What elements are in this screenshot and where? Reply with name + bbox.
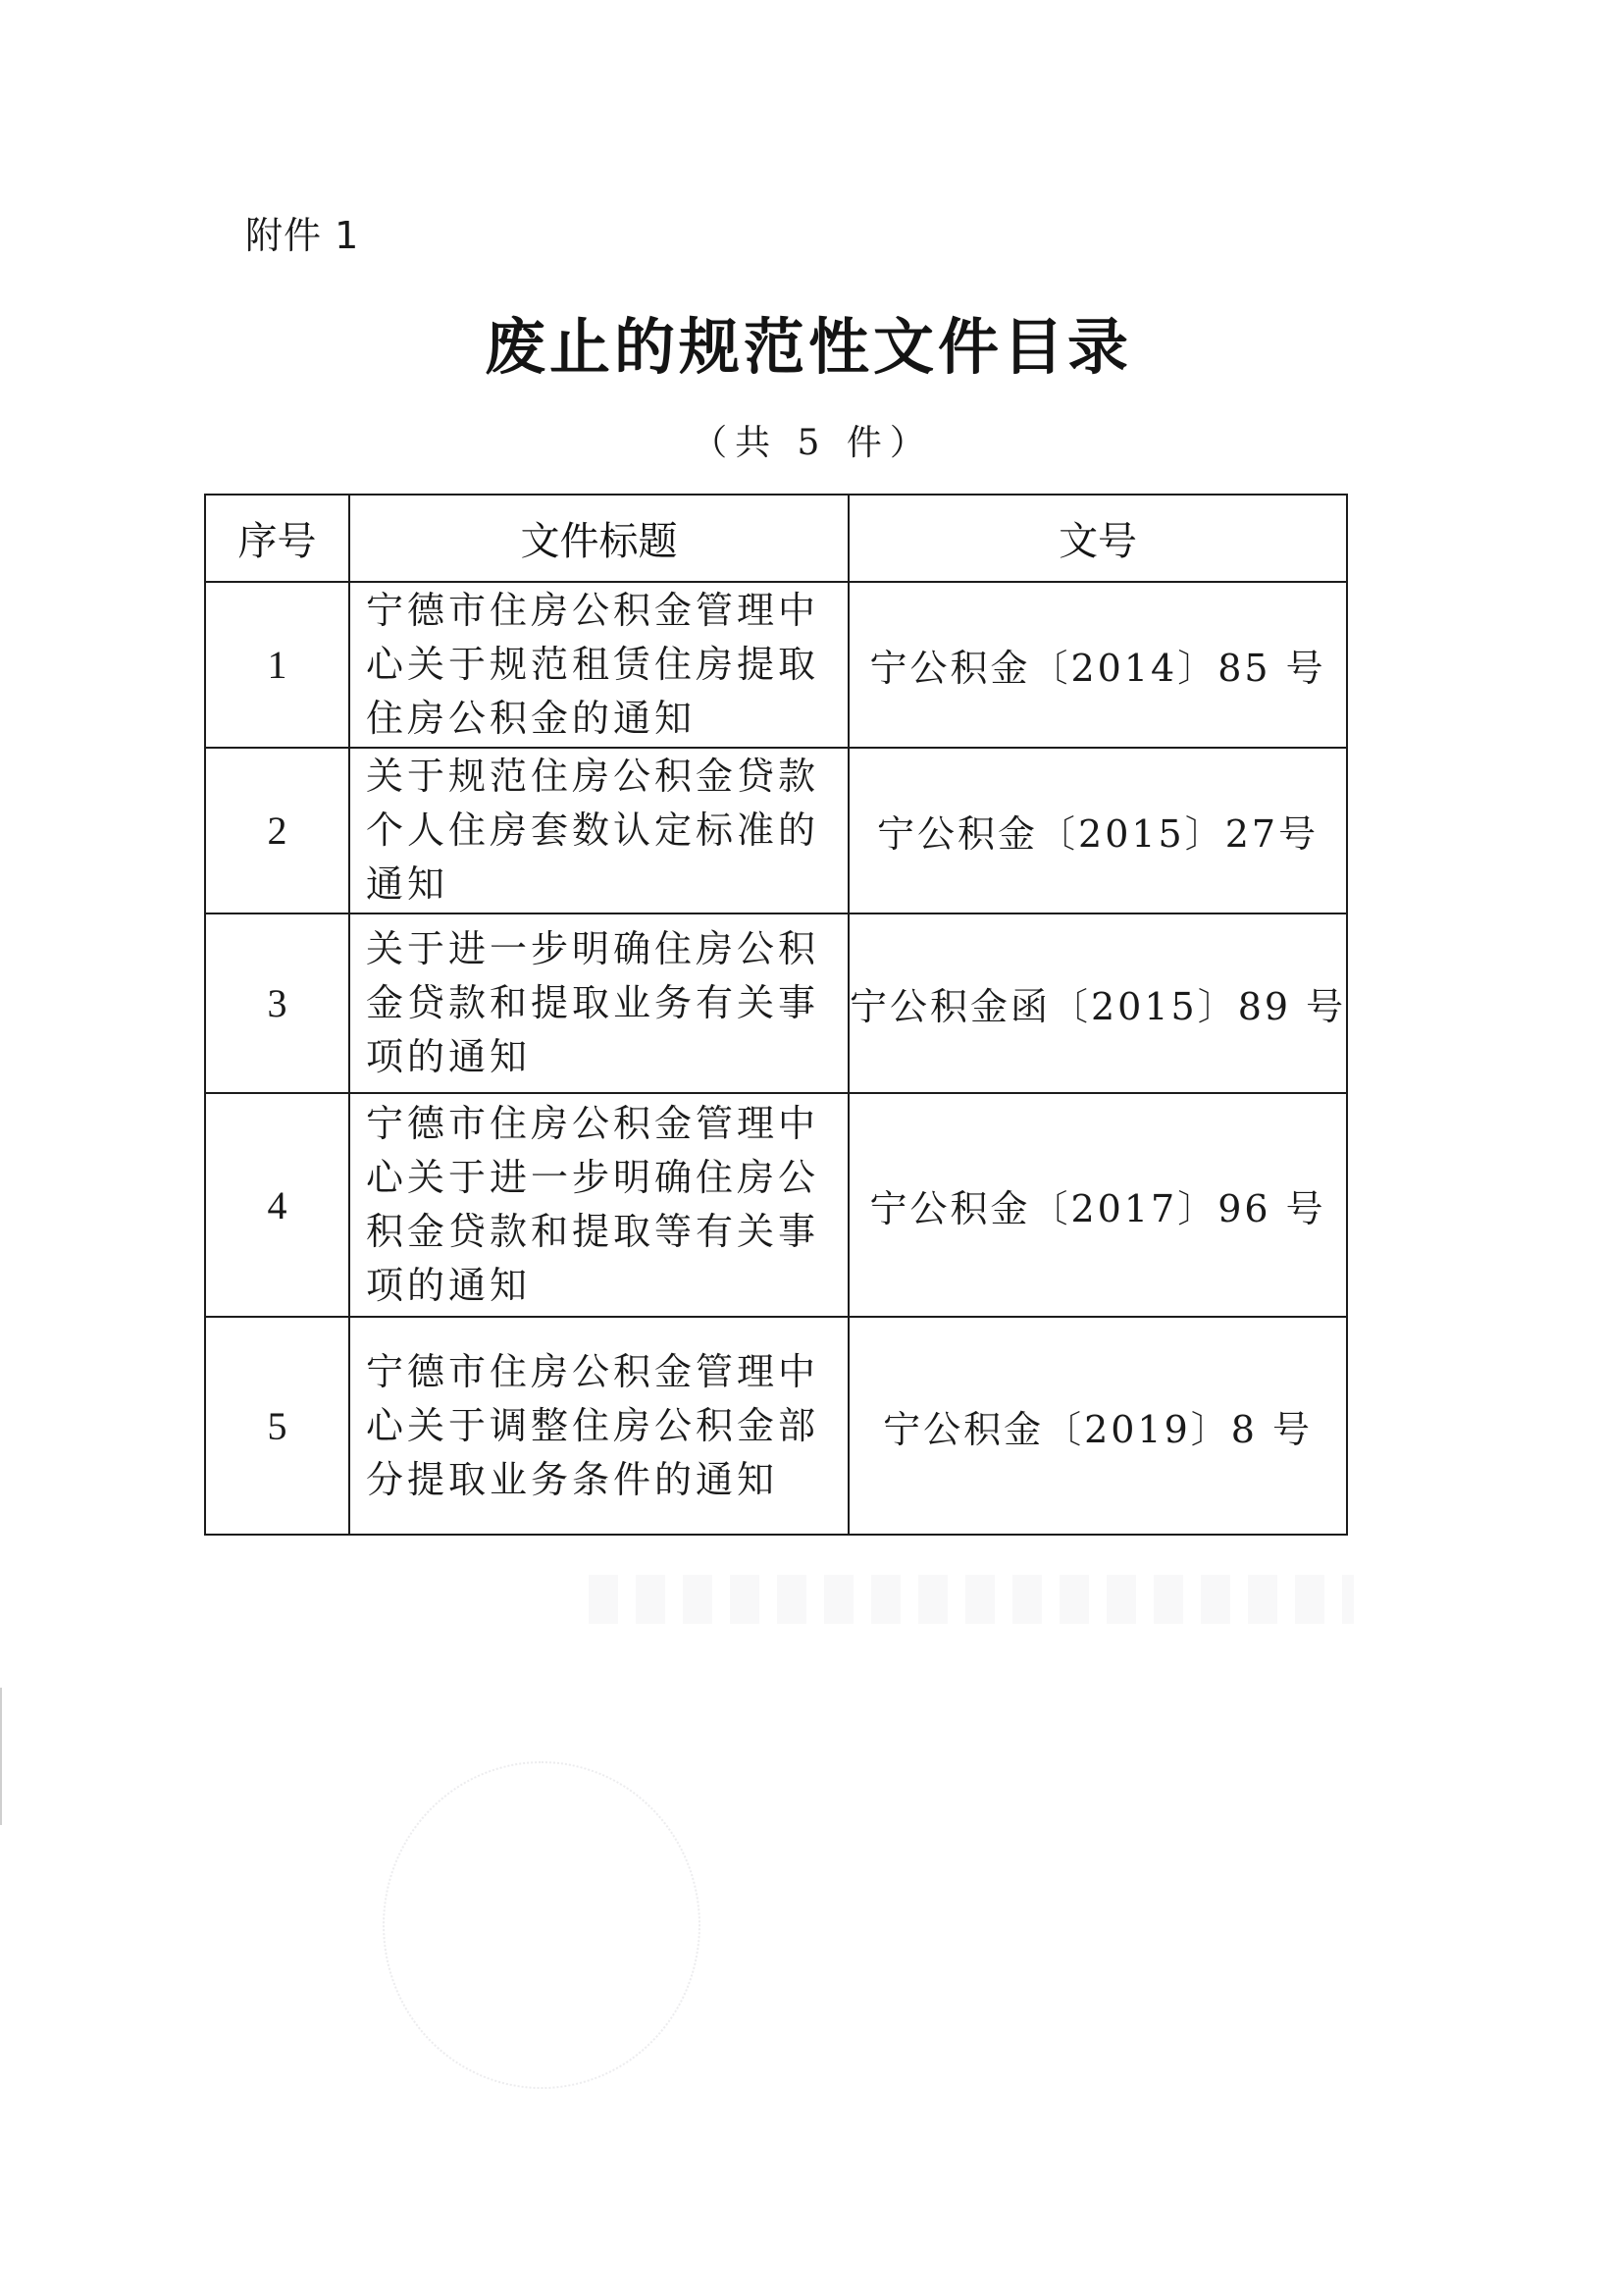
table-row: 3 关于进一步明确住房公积金贷款和提取业务有关事项的通知 宁公积金函〔2015〕… bbox=[205, 913, 1347, 1093]
column-header-title: 文件标题 bbox=[349, 495, 849, 582]
row-title: 关于规范住房公积金贷款个人住房套数认定标准的通知 bbox=[349, 748, 849, 913]
abolished-documents-table: 序号 文件标题 文号 1 宁德市住房公积金管理中心关于规范租赁住房提取住房公积金… bbox=[204, 494, 1348, 1536]
faint-seal-stamp bbox=[383, 1761, 700, 2089]
row-seq: 2 bbox=[205, 748, 349, 913]
table-row: 2 关于规范住房公积金贷款个人住房套数认定标准的通知 宁公积金〔2015〕27号 bbox=[205, 748, 1347, 913]
column-header-seq: 序号 bbox=[205, 495, 349, 582]
document-count: （共 5 件） bbox=[0, 420, 1605, 467]
row-title: 关于进一步明确住房公积金贷款和提取业务有关事项的通知 bbox=[349, 913, 849, 1093]
row-title: 宁德市住房公积金管理中心关于调整住房公积金部分提取业务条件的通知 bbox=[349, 1317, 849, 1535]
table-row: 4 宁德市住房公积金管理中心关于进一步明确住房公积金贷款和提取等有关事项的通知 … bbox=[205, 1093, 1347, 1317]
row-doc-number: 宁公积金〔2014〕85 号 bbox=[849, 582, 1347, 748]
column-header-doc-number: 文号 bbox=[849, 495, 1347, 582]
table-row: 1 宁德市住房公积金管理中心关于规范租赁住房提取住房公积金的通知 宁公积金〔20… bbox=[205, 582, 1347, 748]
row-seq: 3 bbox=[205, 913, 349, 1093]
row-doc-number: 宁公积金〔2015〕27号 bbox=[849, 748, 1347, 913]
row-title: 宁德市住房公积金管理中心关于进一步明确住房公积金贷款和提取等有关事项的通知 bbox=[349, 1093, 849, 1317]
scan-edge-mark bbox=[0, 1688, 2, 1825]
row-title: 宁德市住房公积金管理中心关于规范租赁住房提取住房公积金的通知 bbox=[349, 582, 849, 748]
row-doc-number: 宁公积金函〔2015〕89 号 bbox=[849, 913, 1347, 1093]
row-doc-number: 宁公积金〔2017〕96 号 bbox=[849, 1093, 1347, 1317]
table-row: 5 宁德市住房公积金管理中心关于调整住房公积金部分提取业务条件的通知 宁公积金〔… bbox=[205, 1317, 1347, 1535]
row-doc-number: 宁公积金〔2019〕8 号 bbox=[849, 1317, 1347, 1535]
row-seq: 5 bbox=[205, 1317, 349, 1535]
bleed-through-text bbox=[589, 1575, 1354, 1624]
row-seq: 4 bbox=[205, 1093, 349, 1317]
page-title: 废止的规范性文件目录 bbox=[0, 308, 1605, 387]
attachment-label: 附件 1 bbox=[245, 212, 359, 259]
row-seq: 1 bbox=[205, 582, 349, 748]
table-header-row: 序号 文件标题 文号 bbox=[205, 495, 1347, 582]
